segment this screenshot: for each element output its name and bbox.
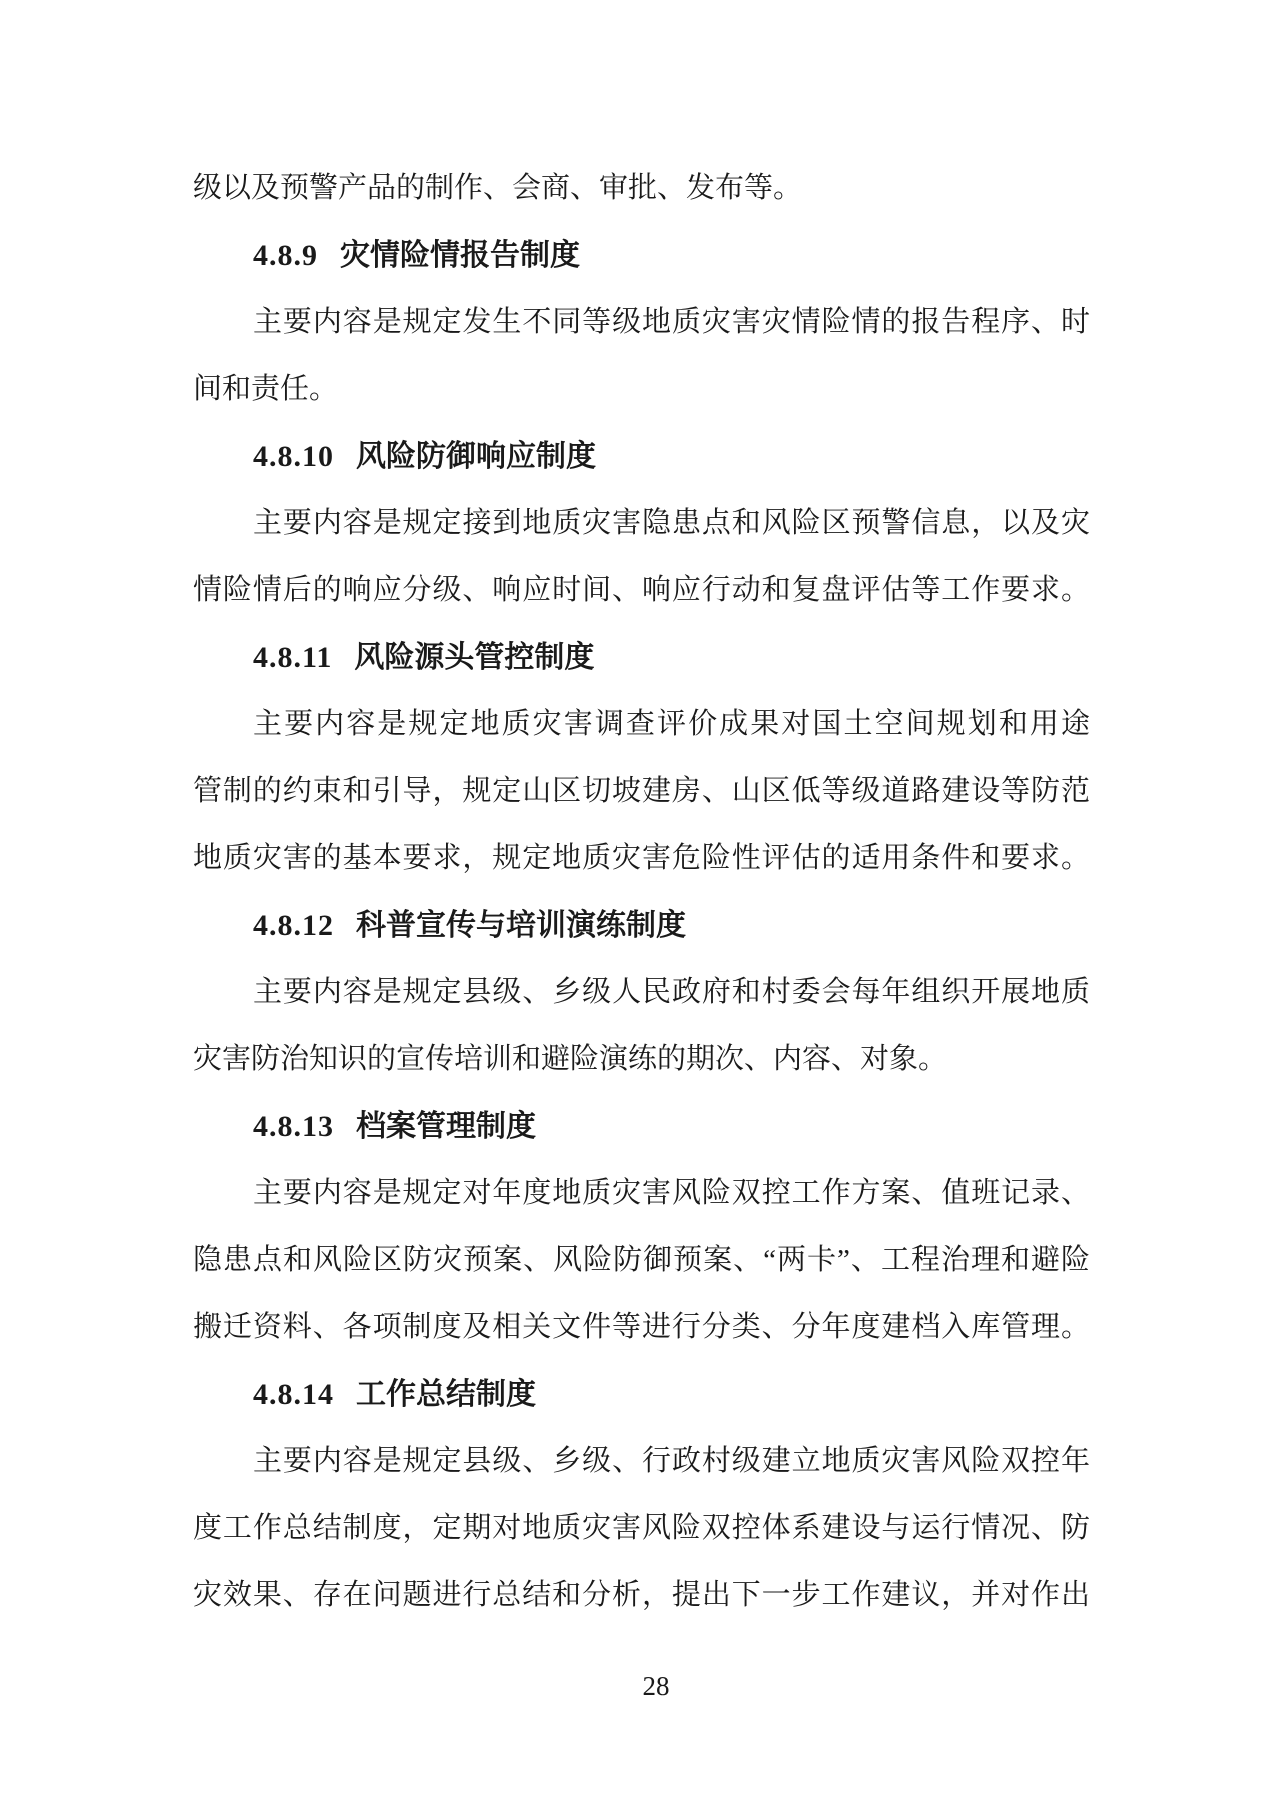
body-line: 灾效果、存在问题进行总结和分析，提出下一步工作建议，并对作出 xyxy=(193,1562,1090,1629)
section-heading-4-8-9: 4.8.9灾情险情报告制度 xyxy=(193,222,1090,289)
body-line: 主要内容是规定接到地质灾害隐患点和风险区预警信息，以及灾 xyxy=(193,490,1090,557)
intro-paragraph-line: 级以及预警产品的制作、会商、审批、发布等。 xyxy=(193,155,1090,222)
section-heading-4-8-13: 4.8.13档案管理制度 xyxy=(193,1093,1090,1160)
text-block: 级以及预警产品的制作、会商、审批、发布等。 4.8.9灾情险情报告制度 主要内容… xyxy=(193,155,1090,1629)
section-number: 4.8.13 xyxy=(253,1110,334,1143)
body-line: 主要内容是规定县级、乡级、行政村级建立地质灾害风险双控年 xyxy=(193,1428,1090,1495)
section-number: 4.8.11 xyxy=(253,641,332,674)
section-number: 4.8.14 xyxy=(253,1378,334,1411)
body-line: 隐患点和风险区防灾预案、风险防御预案、“两卡”、工程治理和避险 xyxy=(193,1227,1090,1294)
body-line: 灾害防治知识的宣传培训和避险演练的期次、内容、对象。 xyxy=(193,1026,1090,1093)
section-title: 风险源头管控制度 xyxy=(354,641,594,674)
body-line: 搬迁资料、各项制度及相关文件等进行分类、分年度建档入库管理。 xyxy=(193,1294,1090,1361)
body-line: 主要内容是规定发生不同等级地质灾害灾情险情的报告程序、时 xyxy=(193,289,1090,356)
section-number: 4.8.9 xyxy=(253,239,318,272)
section-title: 灾情险情报告制度 xyxy=(340,239,580,272)
body-line: 度工作总结制度，定期对地质灾害风险双控体系建设与运行情况、防 xyxy=(193,1495,1090,1562)
section-heading-4-8-14: 4.8.14工作总结制度 xyxy=(193,1361,1090,1428)
section-number: 4.8.12 xyxy=(253,909,334,942)
section-title: 工作总结制度 xyxy=(356,1378,536,1411)
page-number: 28 xyxy=(643,1668,670,1704)
body-line: 地质灾害的基本要求，规定地质灾害危险性评估的适用条件和要求。 xyxy=(193,825,1090,892)
body-line: 管制的约束和引导，规定山区切坡建房、山区低等级道路建设等防范 xyxy=(193,758,1090,825)
section-heading-4-8-10: 4.8.10风险防御响应制度 xyxy=(193,423,1090,490)
body-line: 主要内容是规定县级、乡级人民政府和村委会每年组织开展地质 xyxy=(193,959,1090,1026)
body-line: 间和责任。 xyxy=(193,356,1090,423)
section-title: 档案管理制度 xyxy=(356,1110,536,1143)
body-line: 主要内容是规定对年度地质灾害风险双控工作方案、值班记录、 xyxy=(193,1160,1090,1227)
body-line: 主要内容是规定地质灾害调查评价成果对国土空间规划和用途 xyxy=(193,691,1090,758)
section-title: 风险防御响应制度 xyxy=(356,440,596,473)
section-heading-4-8-12: 4.8.12科普宣传与培训演练制度 xyxy=(193,892,1090,959)
section-heading-4-8-11: 4.8.11风险源头管控制度 xyxy=(193,624,1090,691)
section-title: 科普宣传与培训演练制度 xyxy=(356,909,686,942)
body-line: 情险情后的响应分级、响应时间、响应行动和复盘评估等工作要求。 xyxy=(193,557,1090,624)
section-number: 4.8.10 xyxy=(253,440,334,473)
document-page: 级以及预警产品的制作、会商、审批、发布等。 4.8.9灾情险情报告制度 主要内容… xyxy=(0,0,1280,1810)
